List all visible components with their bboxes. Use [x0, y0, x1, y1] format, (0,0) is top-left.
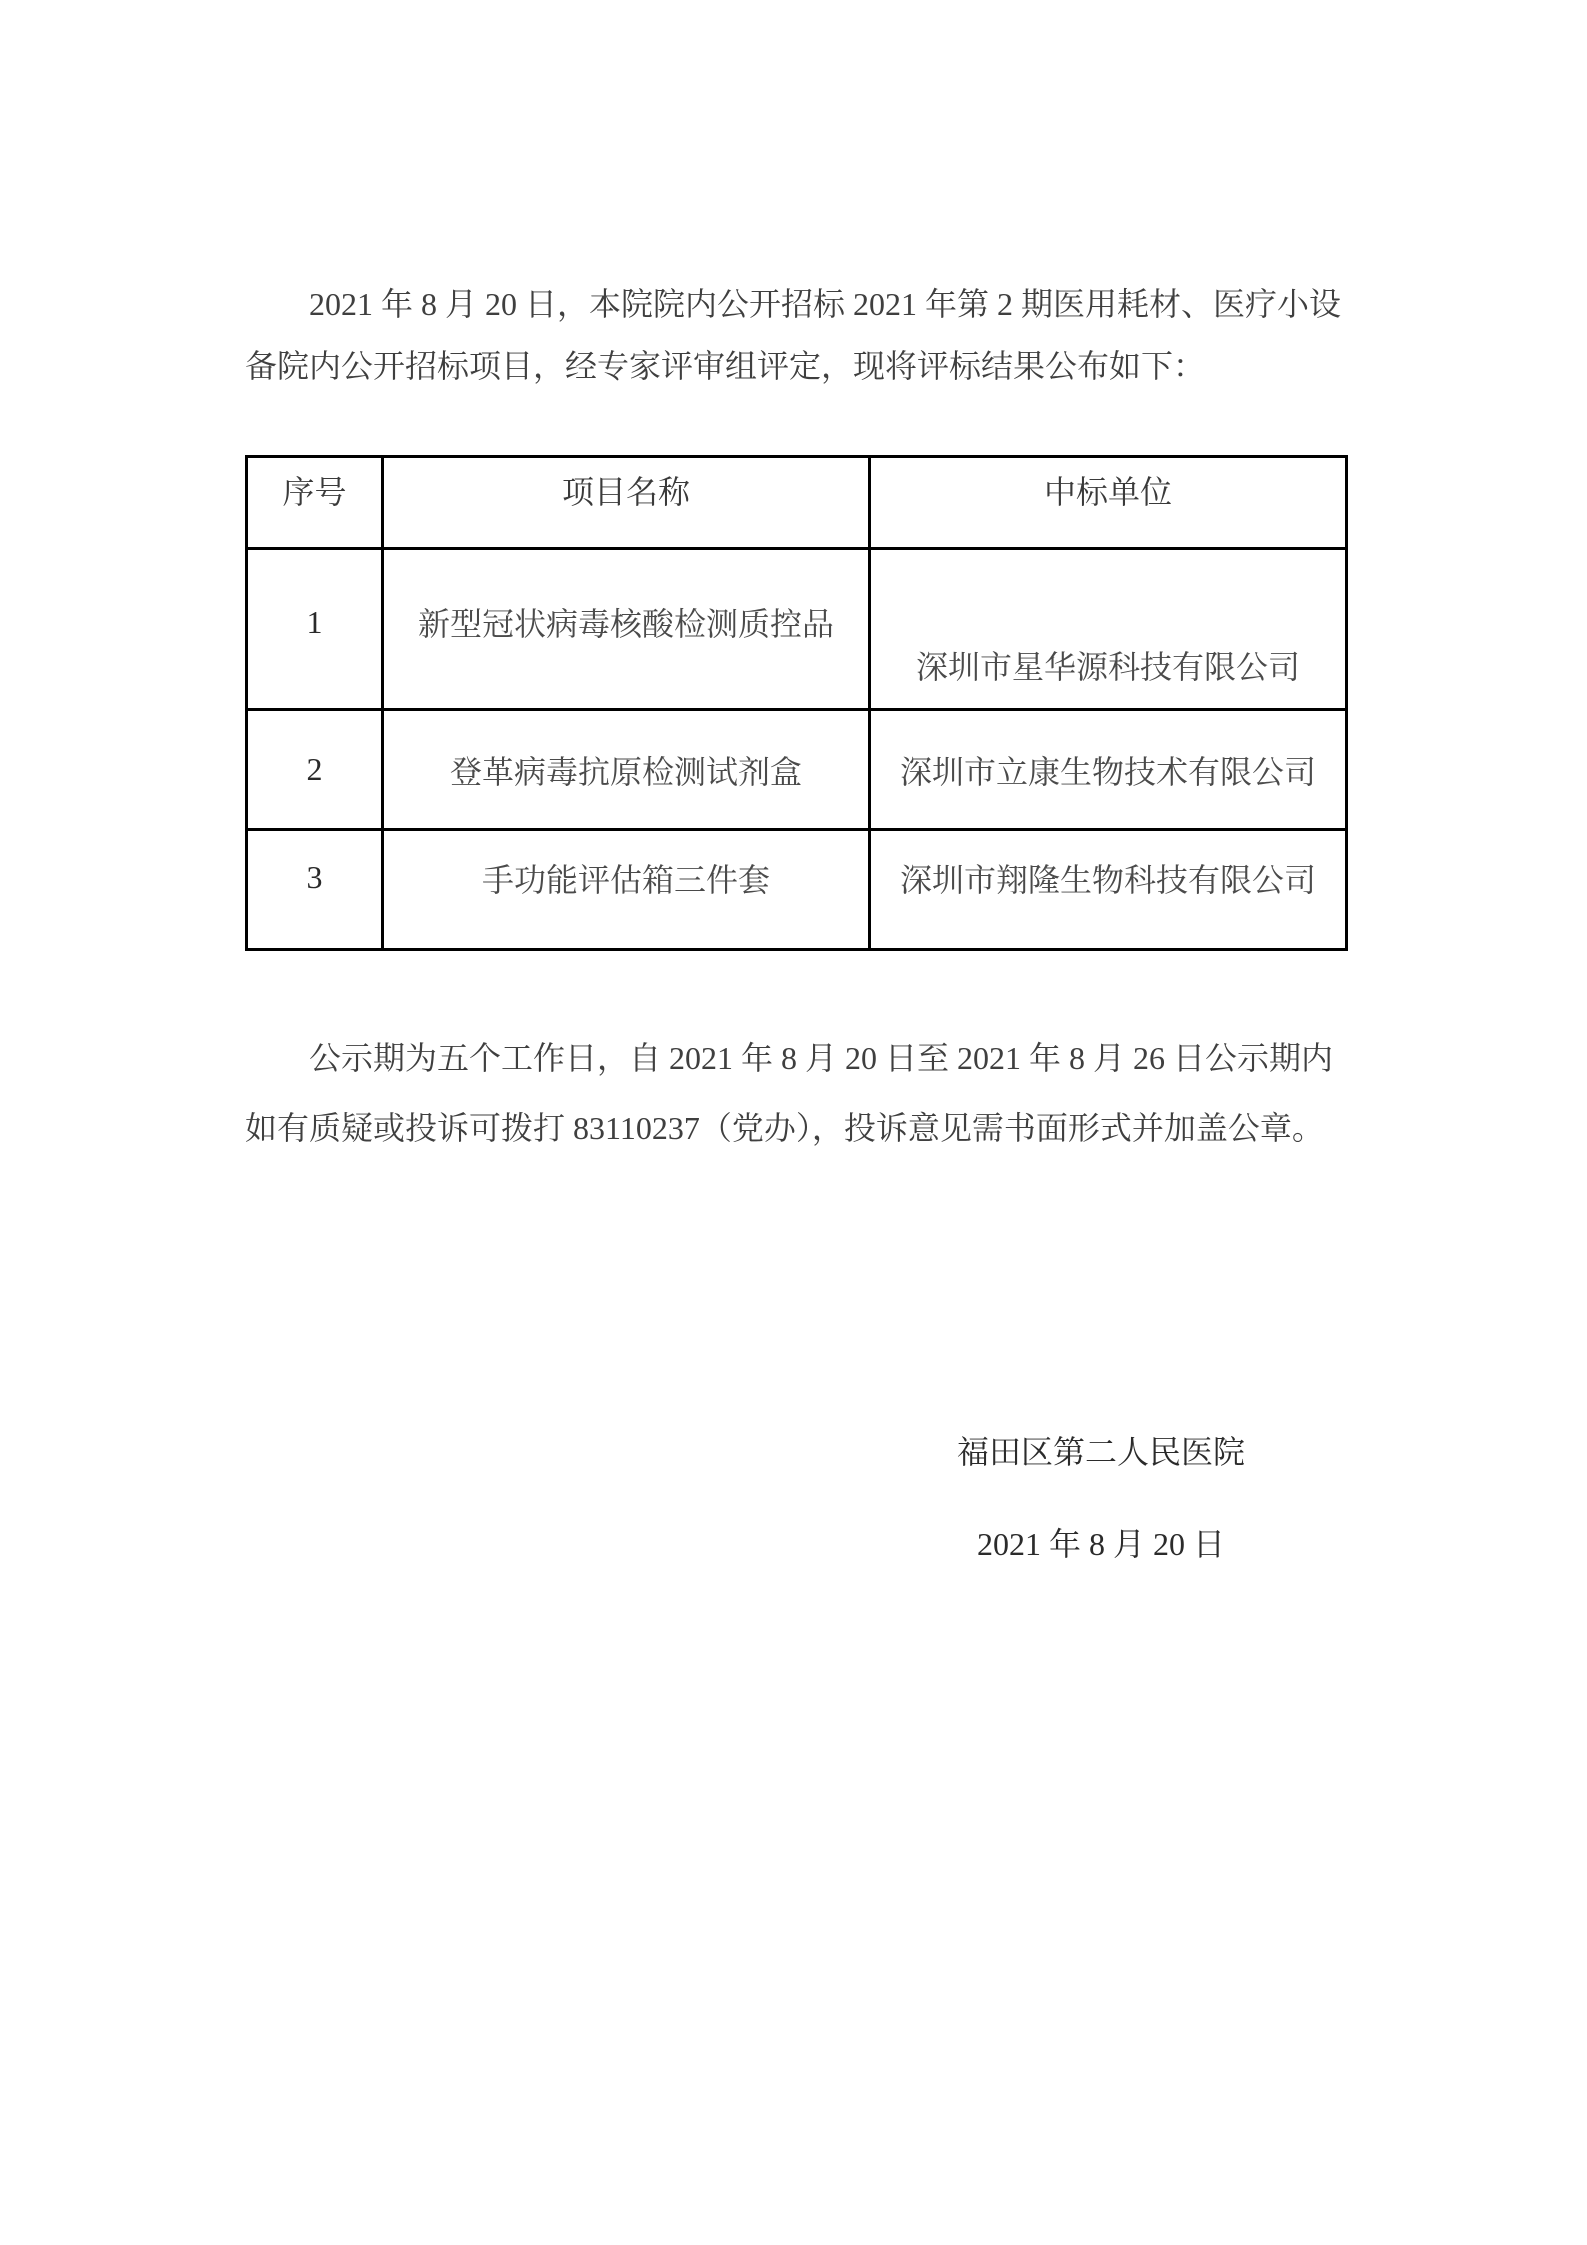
- closing-line-2: 如有质疑或投诉可拨打 83110237（党办），投诉意见需书面形式并加盖公章。: [245, 1093, 1350, 1163]
- winner-cell: 深圳市立康生物技术有限公司: [870, 710, 1347, 830]
- intro-line-2: 备院内公开招标项目，经专家评审组评定，现将评标结果公布如下：: [245, 335, 1350, 397]
- header-cell-no: 序号: [247, 457, 383, 549]
- project-cell: 登革病毒抗原检测试剂盒: [383, 710, 870, 830]
- signature-org: 福田区第二人民医院: [851, 1432, 1351, 1472]
- closing-paragraph: 公示期为五个工作日，自 2021 年 8 月 20 日至 2021 年 8 月 …: [245, 1023, 1350, 1163]
- intro-paragraph: 2021 年 8 月 20 日，本院院内公开招标 2021 年第 2 期医用耗材…: [245, 273, 1350, 397]
- winner-cell: 深圳市星华源科技有限公司: [870, 549, 1347, 710]
- winner-cell: 深圳市翔隆生物科技有限公司: [870, 830, 1347, 950]
- table-header-row: 序号 项目名称 中标单位: [247, 457, 1347, 549]
- project-cell: 手功能评估箱三件套: [383, 830, 870, 950]
- project-cell: 新型冠状病毒核酸检测质控品: [383, 549, 870, 710]
- table-row: 3 手功能评估箱三件套 深圳市翔隆生物科技有限公司: [247, 830, 1347, 950]
- no-cell: 2: [247, 710, 383, 830]
- header-cell-winner: 中标单位: [870, 457, 1347, 549]
- bid-results-table: 序号 项目名称 中标单位 1 新型冠状病毒核酸检测质控品 深圳市星华源科技有限公…: [245, 455, 1348, 951]
- table-row: 1 新型冠状病毒核酸检测质控品 深圳市星华源科技有限公司: [247, 549, 1347, 710]
- closing-line-1: 公示期为五个工作日，自 2021 年 8 月 20 日至 2021 年 8 月 …: [245, 1023, 1350, 1093]
- no-cell: 3: [247, 830, 383, 950]
- intro-line-1: 2021 年 8 月 20 日，本院院内公开招标 2021 年第 2 期医用耗材…: [245, 273, 1350, 335]
- header-cell-project: 项目名称: [383, 457, 870, 549]
- table-row: 2 登革病毒抗原检测试剂盒 深圳市立康生物技术有限公司: [247, 710, 1347, 830]
- signature-date: 2021 年 8 月 20 日: [851, 1524, 1351, 1564]
- no-cell: 1: [247, 549, 383, 710]
- signature-block: 福田区第二人民医院 2021 年 8 月 20 日: [851, 1432, 1351, 1564]
- document-page: 2021 年 8 月 20 日，本院院内公开招标 2021 年第 2 期医用耗材…: [0, 0, 1587, 2245]
